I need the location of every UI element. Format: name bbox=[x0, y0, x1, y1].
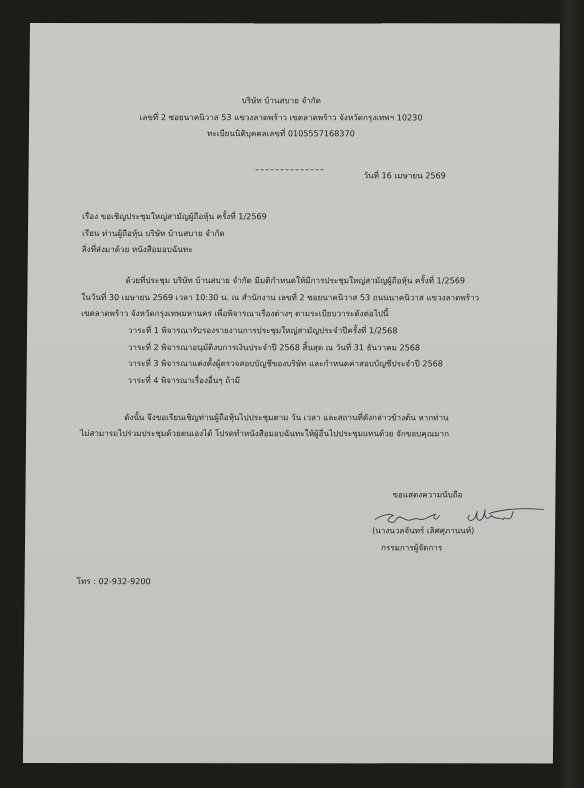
agenda-item-2: วาระที่ 2 พิจารณาอนุมัติงบการเงินประจำปี… bbox=[128, 343, 420, 351]
letter-recipient: เรียน ท่านผู้ถือหุ้น บริษัท บ้านสบาย จำก… bbox=[82, 229, 225, 237]
letter-date: วันที่ 16 เมษายน 2569 bbox=[363, 171, 445, 179]
body-paragraph-1-line-1: ด้วยที่ประชุม บริษัท บ้านสบาย จำกัด มีมต… bbox=[125, 276, 465, 284]
body-paragraph-1-line-2: ในวันที่ 30 เมษายน 2569 เวลา 10:30 น. ณ … bbox=[81, 293, 479, 301]
signer-name: (นางนวลจันทร์ เลิศศุภานนท์) bbox=[372, 526, 474, 534]
letterhead-separator bbox=[256, 169, 324, 170]
company-address: เลขที่ 2 ซอยนาคนิวาส 53 แขวงลาดพร้าว เขต… bbox=[140, 113, 423, 121]
company-name: บริษัท บ้านสบาย จำกัด bbox=[242, 96, 321, 104]
agenda-item-3: วาระที่ 3 พิจารณาแต่งตั้งผู้ตรวจสอบบัญชี… bbox=[128, 359, 443, 367]
agenda-item-1: วาระที่ 1 พิจารณารับรองรายงานการประชุมให… bbox=[128, 326, 398, 334]
contact-phone: โทร : 02-932-9200 bbox=[77, 577, 151, 585]
letter-subject: เรื่อง ขอเชิญประชุมใหญ่สามัญผู้ถือหุ้น ค… bbox=[82, 212, 267, 220]
letter-paper: บริษัท บ้านสบาย จำกัด เลขที่ 2 ซอยนาคนิว… bbox=[23, 23, 560, 763]
letter-enclosure: สิ่งที่ส่งมาด้วย หนังสือมอบฉันทะ bbox=[82, 245, 193, 253]
background-surface bbox=[558, 0, 584, 788]
agenda-item-4: วาระที่ 4 พิจารณาเรื่องอื่นๆ ถ้ามี bbox=[128, 376, 241, 384]
body-paragraph-2-line-1: ดังนั้น จึงขอเรียนเชิญท่านผู้ถือหุ้นไปปร… bbox=[124, 413, 448, 421]
company-registration: ทะเบียนนิติบุคคลเลขที่ 0105557168370 bbox=[207, 129, 355, 137]
body-paragraph-2-line-2: ไม่สามารถไปร่วมประชุมด้วยตนเองได้ โปรดทำ… bbox=[80, 429, 449, 437]
signer-title: กรรมการผู้จัดการ bbox=[381, 543, 442, 551]
body-paragraph-1-line-3: เขตลาดพร้าว จังหวัดกรุงเทพมหานคร เพื่อพิ… bbox=[81, 309, 388, 317]
